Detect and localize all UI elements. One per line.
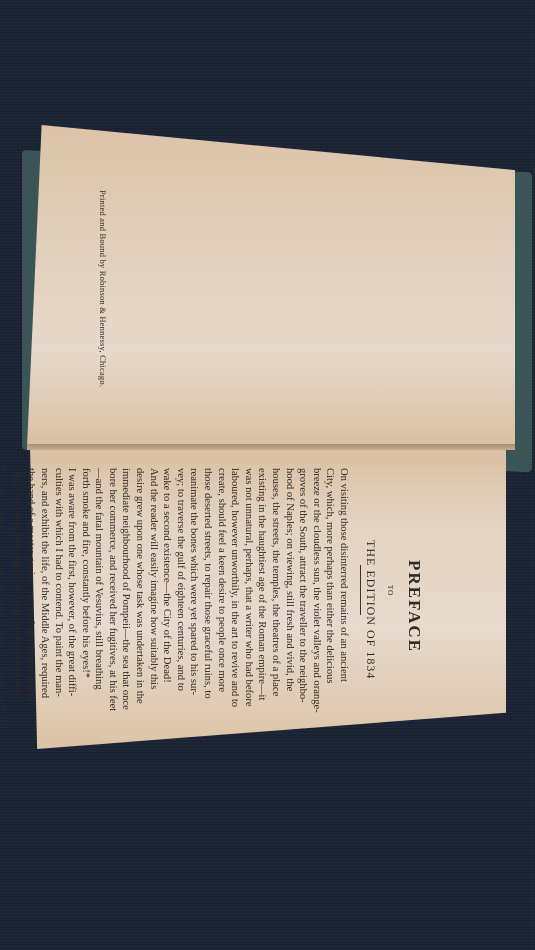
body-line: vey; to traverse the gulf of eighteen ce… <box>173 468 187 758</box>
body-line: reanimate the bones which were yet spare… <box>187 468 201 758</box>
footnote: * Nearly the whole of this work was writ… <box>0 468 8 758</box>
body-line: houses, the streets, the temples, the th… <box>268 468 282 758</box>
body-line: —and the fatal mountain of Vesuvius, sti… <box>92 468 106 758</box>
body-line: was not unnatural, perhaps, that a write… <box>241 468 255 758</box>
title-to: TO <box>386 585 394 596</box>
body-line: culties with which I had to contend. To … <box>51 468 65 758</box>
body-line: those deserted streets, to repair those … <box>200 468 214 758</box>
body-line: laboured, however unworthily, in the art… <box>228 468 242 758</box>
body-line: immediate neighbourhood of Pompeii—the s… <box>119 468 133 758</box>
title-rule <box>360 565 361 615</box>
body-line: the hand of a master genius; yet, perhap… <box>24 468 38 758</box>
book-gutter <box>27 444 515 450</box>
body-line: wake to a second existence—the City of t… <box>160 468 174 758</box>
body-line: hood of Naples; on viewing, still fresh … <box>282 468 296 758</box>
printer-imprint: Printed and Bound by Robinson & Hennessy… <box>98 190 108 387</box>
body-line: forth smoke and fire, constantly before … <box>78 468 92 758</box>
body-line: ners, and exhibit the life, of the Middl… <box>37 468 51 758</box>
body-line: breeze or the cloudless sun, the violet … <box>309 468 323 758</box>
body-line: And the reader will easily imagine how s… <box>146 468 160 758</box>
preface-body: On visiting those disinterred remains of… <box>0 468 350 758</box>
body-line: bore her commerce, and received her fugi… <box>105 468 119 758</box>
page-title: PREFACE <box>404 560 424 653</box>
body-line: slight and easy in comparison with the a… <box>10 468 24 758</box>
body-line: I was aware from the first, however, of … <box>65 468 79 758</box>
body-line: desire grew upon one whose task was unde… <box>133 468 147 758</box>
body-line: On visiting those disinterred remains of… <box>336 468 350 758</box>
edition-subtitle: THE EDITION OF 1834 <box>363 540 378 679</box>
body-line: City, which, more perhaps than either th… <box>323 468 337 758</box>
body-line: groves of the South, attract the travell… <box>296 468 310 758</box>
body-line: existing in the haughtiest age of the Ro… <box>255 468 269 758</box>
body-line: create, should feel a keen desire to peo… <box>214 468 228 758</box>
